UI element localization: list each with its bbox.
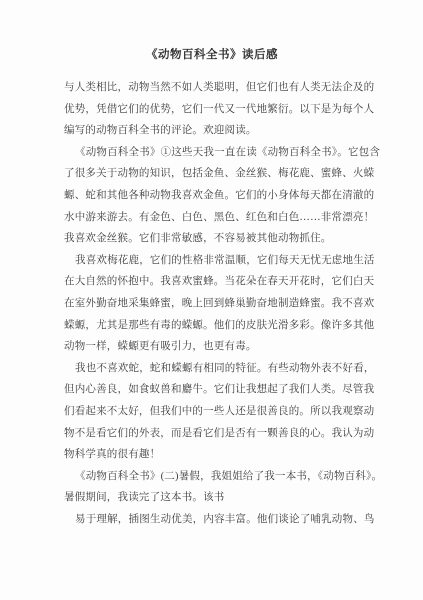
document-page: 《动物百科全书》读后感 与人类相比，动物当然不如人类聪明，但它们也有人类无法企及… [0,0,423,600]
text-line: 优势，凭借它们的优势，它们一代又一代地繁衍。以下是为每个人 [64,99,360,121]
text-line: 暑假期间，我读完了这本书。该书 [64,487,360,509]
text-line: 在大自然的怀抱中。我喜欢蜜蜂。当花朵在春天开花时，它们白天 [64,271,360,293]
text-line: 我也不喜欢蛇，蛇和蝾螈有相同的特征。有些动物外表不好看， [64,358,360,380]
text-line: 编写的动物百科全书的评论。欢迎阅读。 [64,120,360,142]
text-line: 《动物百科全书》①这些天我一直在读《动物百科全书》。它包含 [64,142,360,164]
text-line: 水中游来游去。有金色、白色、黑色、红色和白色……非常漂亮！ [64,207,360,229]
paragraph-review-2-body: 易于理解，插图生动优美，内容丰富。他们谈论了哺乳动物、鸟 [64,509,360,531]
text-line: 《动物百科全书》(二)暑假，我姐姐给了我一本书，《动物百科》。 [64,466,360,488]
text-line: 们看起来不太好，但我们中的一些人还是很善良的。所以我观察动 [64,401,360,423]
text-line: 蝾螈，尤其是那些有毒的蝾螈。他们的皮肤光滑多彩。像许多其他 [64,315,360,337]
text-line: 在室外勤奋地采集蜂蜜，晚上回到蜂巢勤奋地制造蜂蜜。我不喜欢 [64,293,360,315]
essay-title: 《动物百科全书》读后感 [64,47,360,63]
text-line: 物不是看它们的外表，而是看它们是否有一颗善良的心。我认为动 [64,423,360,445]
text-line: 螈、蛇和其他各种动物我喜欢金鱼。它们的小身体每天都在清澈的 [64,185,360,207]
text-line: 我喜欢金丝猴。它们非常敏感，不容易被其他动物抓住。 [64,228,360,250]
paragraph-intro: 与人类相比，动物当然不如人类聪明，但它们也有人类无法企及的 优势，凭借它们的优势… [64,77,360,142]
text-line: 与人类相比，动物当然不如人类聪明，但它们也有人类无法企及的 [64,77,360,99]
paragraph-review-1-part-b: 我喜欢梅花鹿，它们的性格非常温顺，它们每天无忧无虑地生活 在大自然的怀抱中。我喜… [64,250,360,358]
text-line: 了很多关于动物的知识，包括金鱼、金丝猴、梅花鹿、蜜蜂、火蝾 [64,163,360,185]
paragraph-review-1-part-a: 《动物百科全书》①这些天我一直在读《动物百科全书》。它包含 了很多关于动物的知识… [64,142,360,250]
text-line: 但内心善良，如食蚁兽和麝牛。它们让我想起了我们人类。尽管我 [64,379,360,401]
paragraph-review-2-intro: 《动物百科全书》(二)暑假，我姐姐给了我一本书，《动物百科》。 暑假期间，我读完… [64,466,360,509]
text-line: 我喜欢梅花鹿，它们的性格非常温顺，它们每天无忧无虑地生活 [64,250,360,272]
text-line: 动物一样，蝾螈更有吸引力，也更有毒。 [64,336,360,358]
text-line: 物科学真的很有趣！ [64,444,360,466]
paragraph-review-1-part-c: 我也不喜欢蛇，蛇和蝾螈有相同的特征。有些动物外表不好看， 但内心善良，如食蚁兽和… [64,358,360,466]
text-line: 易于理解，插图生动优美，内容丰富。他们谈论了哺乳动物、鸟 [64,509,360,531]
